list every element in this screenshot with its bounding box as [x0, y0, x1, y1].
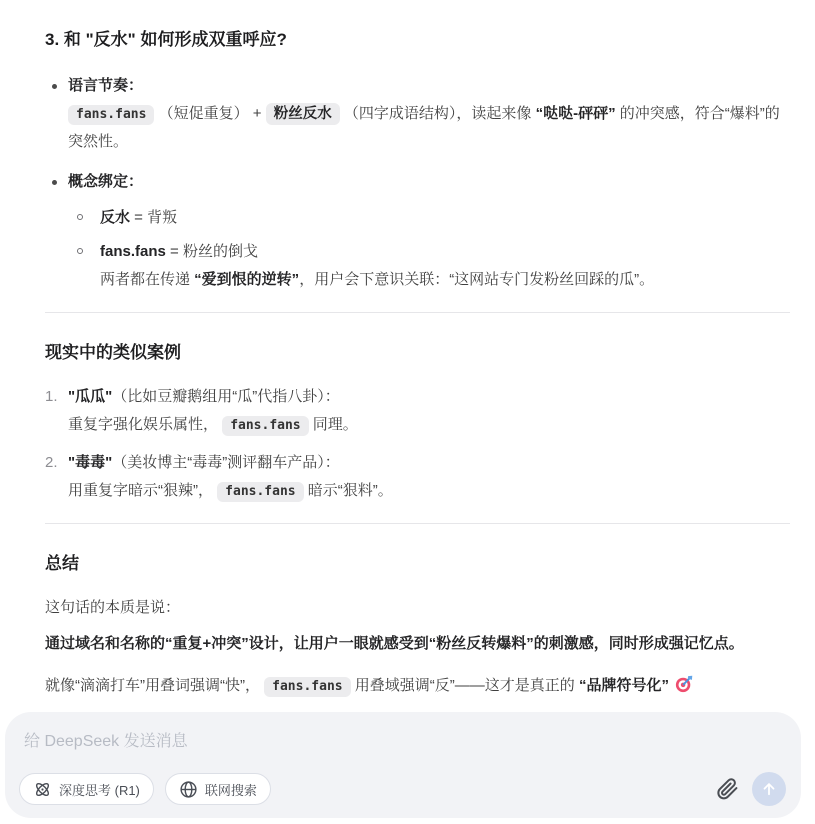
summary-key-point: 通过域名和名称的“重复+冲突”设计，让用户一眼就感受到“粉丝反转爆料”的刺激感，…: [45, 630, 790, 658]
deepthink-toggle[interactable]: 深度思考 (R1): [19, 773, 154, 805]
bold-segment: fans.fans: [100, 243, 166, 260]
note-paragraph: 两者都在传递 “爱到恨的逆转”，用户会下意识关联：“这网站专门发粉丝回踩的瓜”。: [100, 266, 790, 294]
send-button[interactable]: [752, 772, 786, 806]
deepthink-label: 深度思考 (R1): [59, 780, 140, 799]
list-item: 2. "毒毒"（美妆博主“毒毒”测评翻车产品）： 用重复字暗示“狠辣”， fan…: [45, 449, 790, 505]
text-segment: 用重复字暗示“狠辣”，: [68, 482, 213, 499]
list-number: 2.: [45, 449, 58, 477]
divider: [45, 312, 790, 313]
web-search-toggle[interactable]: 联网搜索: [165, 773, 271, 805]
bold-segment: “品牌符号化”: [579, 677, 669, 694]
bold-segment: “哒哒-砰砰”: [536, 105, 616, 122]
bullet-icon: [52, 84, 57, 89]
rhythm-paragraph: fans.fans （短促重复） + 粉丝反水 （四字成语结构），读起来像 “哒…: [68, 100, 790, 156]
heading-summary: 总结: [45, 552, 790, 576]
rhythm-label: 语言节奏：: [68, 77, 143, 94]
text-segment: 重复字强化娱乐属性，: [68, 416, 218, 433]
globe-icon: [179, 780, 198, 799]
summary-intro: 这句话的本质是说：: [45, 594, 790, 622]
text-segment: 就像“滴滴打车”用叠词强调“快”，: [45, 677, 260, 694]
inline-code: fans.fans: [217, 482, 303, 502]
message-composer: 深度思考 (R1) 联网搜索: [5, 712, 801, 818]
text-segment: 暗示“狠料”。: [304, 482, 393, 499]
list-item: 反水 = 背叛: [68, 204, 790, 232]
list-item: 概念绑定： 反水 = 背叛 fans.fans = 粉丝的倒戈 两者都在传递 “…: [45, 168, 790, 294]
web-search-label: 联网搜索: [205, 780, 257, 799]
message-input[interactable]: [5, 712, 801, 764]
heading-similar-cases: 现实中的类似案例: [45, 341, 790, 365]
text-segment: 两者都在传递: [100, 271, 194, 288]
text-segment: 同理。: [309, 416, 358, 433]
bold-segment: 反水: [100, 209, 130, 226]
inline-code: fans.fans: [264, 677, 350, 697]
bold-segment: "毒毒": [68, 454, 112, 471]
text-segment: 用叠域强调“反”——这才是真正的: [351, 677, 579, 694]
list-item: 1. "瓜瓜"（比如豆瓣鹅组用“瓜”代指八卦）： 重复字强化娱乐属性， fans…: [45, 383, 790, 439]
text-segment: （短促重复） +: [159, 105, 266, 122]
divider: [45, 523, 790, 524]
text-segment: ，用户会下意识关联：“这网站专门发粉丝回踩的瓜”。: [299, 271, 654, 288]
dart-emoji: [675, 675, 693, 693]
attach-button[interactable]: [713, 775, 741, 803]
composer-toolbar: 深度思考 (R1) 联网搜索: [19, 772, 786, 806]
deepthink-atom-icon: [33, 780, 52, 799]
list-number: 1.: [45, 383, 58, 411]
inline-code: fans.fans: [222, 416, 308, 436]
list-item: 语言节奏： fans.fans （短促重复） + 粉丝反水 （四字成语结构），读…: [45, 72, 790, 156]
summary-closing: 就像“滴滴打车”用叠词强调“快”， fans.fans 用叠域强调“反”——这才…: [45, 672, 790, 700]
binding-label: 概念绑定：: [68, 173, 143, 190]
hollow-bullet-icon: [77, 248, 83, 254]
arrow-up-icon: [760, 780, 778, 798]
bold-segment: "瓜瓜": [68, 388, 112, 405]
text-segment: = 背叛: [130, 209, 177, 226]
bold-segment: “爱到恨的逆转”: [194, 271, 299, 288]
bullet-icon: [52, 180, 57, 185]
binding-sublist: 反水 = 背叛 fans.fans = 粉丝的倒戈 两者都在传递 “爱到恨的逆转…: [68, 204, 790, 294]
cases-list: 1. "瓜瓜"（比如豆瓣鹅组用“瓜”代指八卦）： 重复字强化娱乐属性， fans…: [45, 383, 790, 505]
text-segment: （比如豆瓣鹅组用“瓜”代指八卦）：: [112, 388, 340, 405]
text-segment: = 粉丝的倒戈: [166, 243, 258, 260]
hollow-bullet-icon: [77, 214, 83, 220]
text-segment: （四字成语结构），读起来像: [344, 105, 536, 122]
paperclip-icon: [715, 777, 739, 801]
list-item: fans.fans = 粉丝的倒戈 两者都在传递 “爱到恨的逆转”，用户会下意识…: [68, 238, 790, 294]
inline-code: 粉丝反水: [266, 103, 340, 125]
inline-code: fans.fans: [68, 105, 154, 125]
echo-bullet-list: 语言节奏： fans.fans （短促重复） + 粉丝反水 （四字成语结构），读…: [45, 72, 790, 294]
text-segment: （美妆博主“毒毒”测评翻车产品）：: [112, 454, 340, 471]
assistant-message: 3. 和 "反水" 如何形成双重呼应? 语言节奏： fans.fans （短促重…: [0, 0, 815, 700]
heading-double-echo: 3. 和 "反水" 如何形成双重呼应?: [45, 28, 790, 52]
